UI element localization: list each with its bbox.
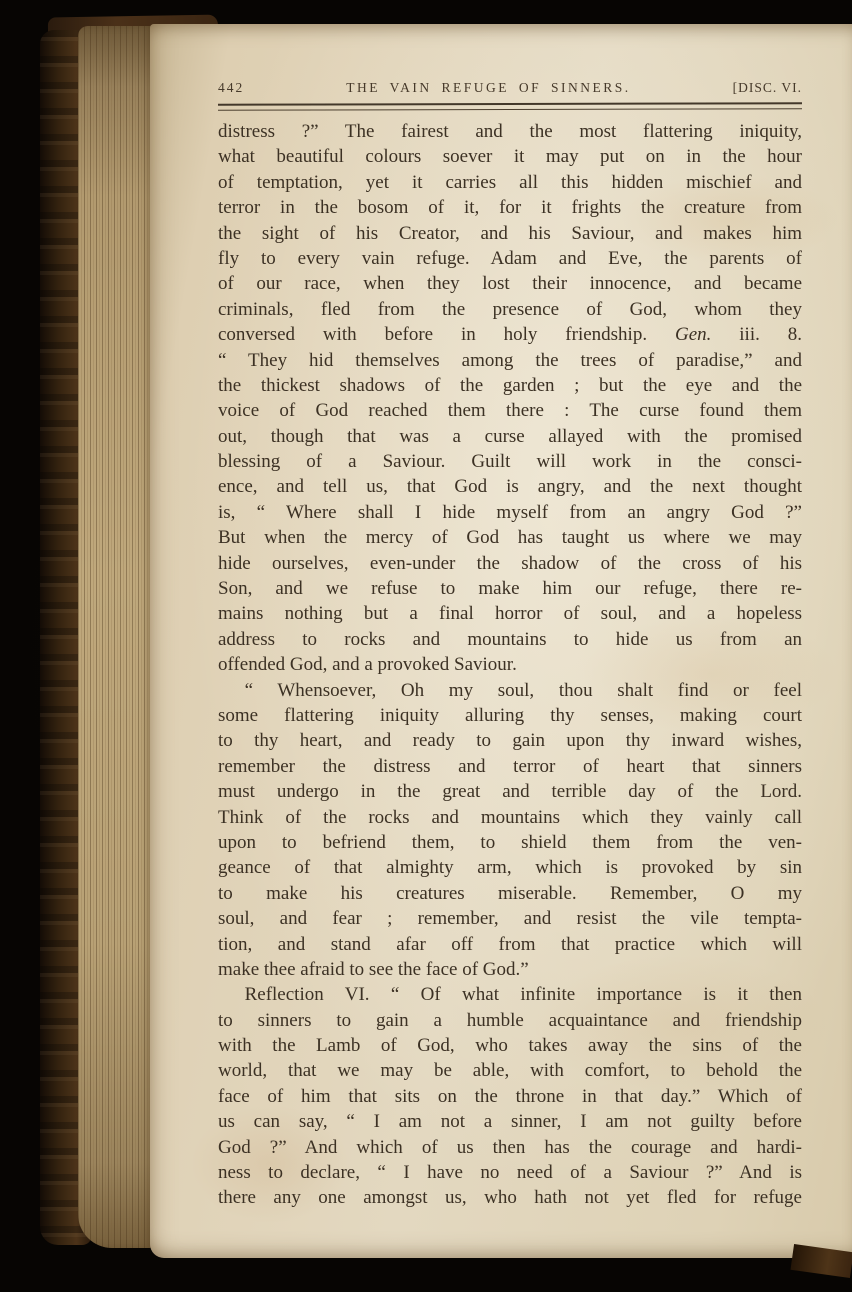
text-line: of our race, when they lost their innoce… (218, 271, 802, 296)
text-line: hide ourselves, even-under the shadow of… (218, 551, 802, 576)
text-line: is, “ Where shall I hide myself from an … (218, 500, 802, 525)
text-line: with the Lamb of God, who takes away the… (218, 1033, 802, 1058)
text-line: Reflection VI. “ Of what infinite import… (218, 982, 802, 1007)
text-line: But when the mercy of God has taught us … (218, 525, 802, 550)
text-line: to make his creatures miserable. Remembe… (218, 881, 802, 906)
text-line: terror in the bosom of it, for it fright… (218, 195, 802, 220)
text-line: to sinners to gain a humble acquaintance… (218, 1008, 802, 1033)
text-line: must undergo in the great and terrible d… (218, 779, 802, 804)
section-label: [DISC. VI. (733, 80, 802, 96)
text-line: tion, and stand afar off from that pract… (218, 932, 802, 957)
text-block: distress ?” The fairest and the most fla… (218, 119, 802, 1211)
text-line: to thy heart, and ready to gain upon thy… (218, 728, 802, 753)
page-content: 442 THE VAIN REFUGE OF SINNERS. [DISC. V… (150, 24, 852, 1258)
text-line: of temptation, yet it carries all this h… (218, 170, 802, 195)
running-head: 442 THE VAIN REFUGE OF SINNERS. [DISC. V… (218, 80, 802, 96)
text-line: face of him that sits on the throne in t… (218, 1084, 802, 1109)
text-line: world, that we may be able, with comfort… (218, 1058, 802, 1083)
text-line: fly to every vain refuge. Adam and Eve, … (218, 246, 802, 271)
text-line: the sight of his Creator, and his Saviou… (218, 221, 802, 246)
text-line: “ They hid themselves among the trees of… (218, 348, 802, 373)
text-line: out, though that was a curse allayed wit… (218, 424, 802, 449)
text-line: what beautiful colours soever it may put… (218, 144, 802, 169)
text-line: the thickest shadows of the garden ; but… (218, 373, 802, 398)
text-line: Son, and we refuse to make him our refug… (218, 576, 802, 601)
text-line: some flattering iniquity alluring thy se… (218, 703, 802, 728)
text-line: Think of the rocks and mountains which t… (218, 805, 802, 830)
text-line: geance of that almighty arm, which is pr… (218, 855, 802, 880)
text-line: distress ?” The fairest and the most fla… (218, 119, 802, 144)
text-line: there any one amongst us, who hath not y… (218, 1185, 802, 1210)
text-line: remember the distress and terror of hear… (218, 754, 802, 779)
text-line: blessing of a Saviour. Guilt will work i… (218, 449, 802, 474)
running-title: THE VAIN REFUGE OF SINNERS. (346, 80, 630, 96)
book-page: 442 THE VAIN REFUGE OF SINNERS. [DISC. V… (150, 24, 852, 1258)
text-line: us can say, “ I am not a sinner, I am no… (218, 1109, 802, 1134)
book-photo: 442 THE VAIN REFUGE OF SINNERS. [DISC. V… (0, 0, 852, 1292)
text-line: ence, and tell us, that God is angry, an… (218, 474, 802, 499)
text-line: God ?” And which of us then has the cour… (218, 1135, 802, 1160)
text-line: “ Whensoever, Oh my soul, thou shalt fin… (218, 678, 802, 703)
text-line: mains nothing but a final horror of soul… (218, 601, 802, 626)
text-line: upon to befriend them, to shield them fr… (218, 830, 802, 855)
text-line: soul, and fear ; remember, and resist th… (218, 906, 802, 931)
text-line: address to rocks and mountains to hide u… (218, 627, 802, 652)
text-line: make thee afraid to see the face of God.… (218, 957, 802, 982)
text-line: voice of God reached them there : The cu… (218, 398, 802, 423)
book-page-fore-edge (78, 26, 152, 1248)
header-rule (218, 102, 802, 111)
text-line: conversed with before in holy friendship… (218, 322, 802, 347)
page-number: 442 (218, 80, 244, 96)
text-line: criminals, fled from the presence of God… (218, 297, 802, 322)
text-line: ness to declare, “ I have no need of a S… (218, 1160, 802, 1185)
text-line: offended God, and a provoked Saviour. (218, 652, 802, 677)
